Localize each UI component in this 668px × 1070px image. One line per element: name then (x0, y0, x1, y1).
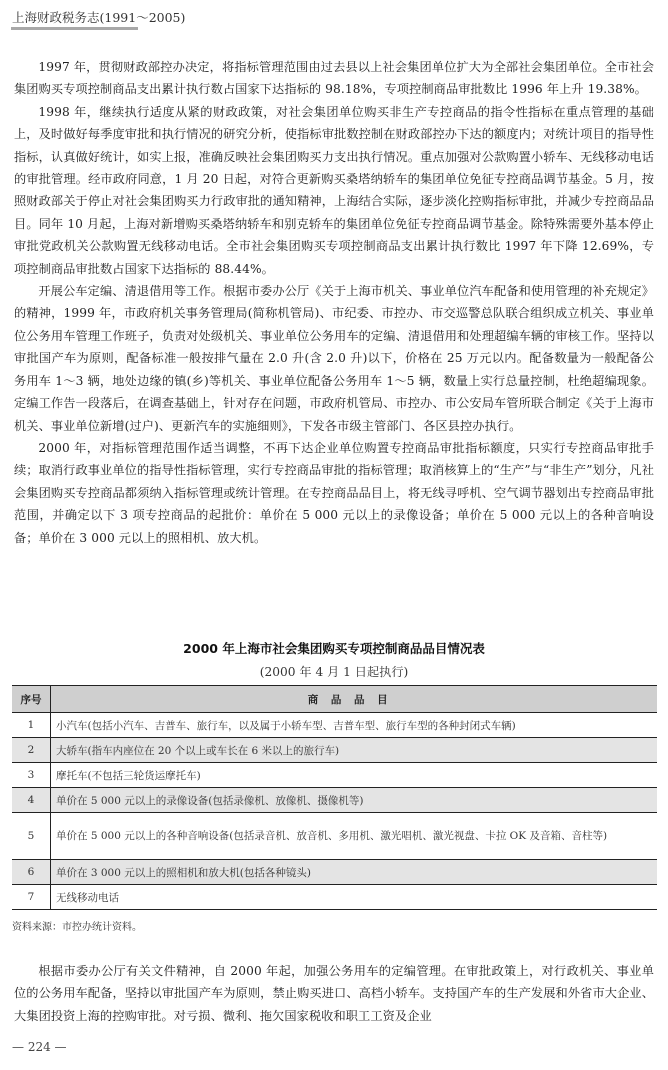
table-row: 2 大轿车(指车内座位在 20 个以上或车长在 6 米以上的旅行车) (12, 738, 657, 763)
row-item: 单价在 5 000 元以上的录像设备(包括录像机、放像机、摄像机等) (51, 788, 658, 813)
table-row: 5 单价在 5 000 元以上的各种音响设备(包括录音机、放音机、多用机、激光唱… (12, 813, 657, 860)
table-row: 7 无线移动电话 (12, 885, 657, 910)
closing-text: 根据市委办公厅有关文件精神，自 2000 年起，加强公务用车的定编管理。在审批政… (14, 960, 654, 1027)
row-number: 2 (12, 738, 51, 763)
table-header-row: 序号 商品品目 (12, 686, 657, 713)
body-text: 1997 年，贯彻财政部控办决定，将指标管理范围由过去县以上社会集团单位扩大为全… (14, 56, 654, 549)
row-number: 7 (12, 885, 51, 910)
table-row: 1 小汽车(包括小汽车、吉普车、旅行车，以及属于小轿车型、吉普车型、旅行车型的各… (12, 713, 657, 738)
paragraph-1997: 1997 年，贯彻财政部控办决定，将指标管理范围由过去县以上社会集团单位扩大为全… (14, 56, 654, 101)
table-source-note: 资料来源：市控办统计资料。 (12, 918, 142, 933)
row-number: 1 (12, 713, 51, 738)
running-header-title: 上海财政税务志(1991～2005) (12, 8, 185, 26)
header-item: 商品品目 (51, 686, 658, 713)
row-item: 摩托车(不包括三轮货运摩托车) (51, 763, 658, 788)
table-title: 2000 年上海市社会集团购买专项控制商品品目情况表 (0, 639, 668, 657)
header-item-label: 商品品目 (308, 694, 400, 706)
paragraph-official-cars: 开展公车定编、清退借用等工作。根据市委办公厅《关于上海市机关、事业单位汽车配备和… (14, 280, 654, 437)
row-item: 单价在 5 000 元以上的各种音响设备(包括录音机、放音机、多用机、激光唱机、… (51, 813, 658, 860)
controlled-goods-table: 序号 商品品目 1 小汽车(包括小汽车、吉普车、旅行车，以及属于小轿车型、吉普车… (12, 685, 657, 910)
row-number: 6 (12, 860, 51, 885)
row-number: 3 (12, 763, 51, 788)
table-row: 3 摩托车(不包括三轮货运摩托车) (12, 763, 657, 788)
paragraph-2000: 2000 年，对指标管理范围作适当调整，不再下达企业单位购置专控商品审批指标额度… (14, 437, 654, 549)
header-rule (11, 27, 138, 30)
table-subtitle: (2000 年 4 月 1 日起执行) (0, 663, 668, 680)
row-number: 4 (12, 788, 51, 813)
header-number: 序号 (12, 686, 51, 713)
row-item: 单价在 3 000 元以上的照相机和放大机(包括各种镜头) (51, 860, 658, 885)
page-number: — 224 — (12, 1040, 67, 1054)
row-item: 大轿车(指车内座位在 20 个以上或车长在 6 米以上的旅行车) (51, 738, 658, 763)
table-row: 6 单价在 3 000 元以上的照相机和放大机(包括各种镜头) (12, 860, 657, 885)
table-row: 4 单价在 5 000 元以上的录像设备(包括录像机、放像机、摄像机等) (12, 788, 657, 813)
paragraph-closing: 根据市委办公厅有关文件精神，自 2000 年起，加强公务用车的定编管理。在审批政… (14, 960, 654, 1027)
paragraph-1998: 1998 年，继续执行适度从紧的财政政策，对社会集团单位购买非生产专控商品的指令… (14, 101, 654, 280)
row-item: 无线移动电话 (51, 885, 658, 910)
row-item: 小汽车(包括小汽车、吉普车、旅行车，以及属于小轿车型、吉普车型、旅行车型的各种封… (51, 713, 658, 738)
row-number: 5 (12, 813, 51, 860)
